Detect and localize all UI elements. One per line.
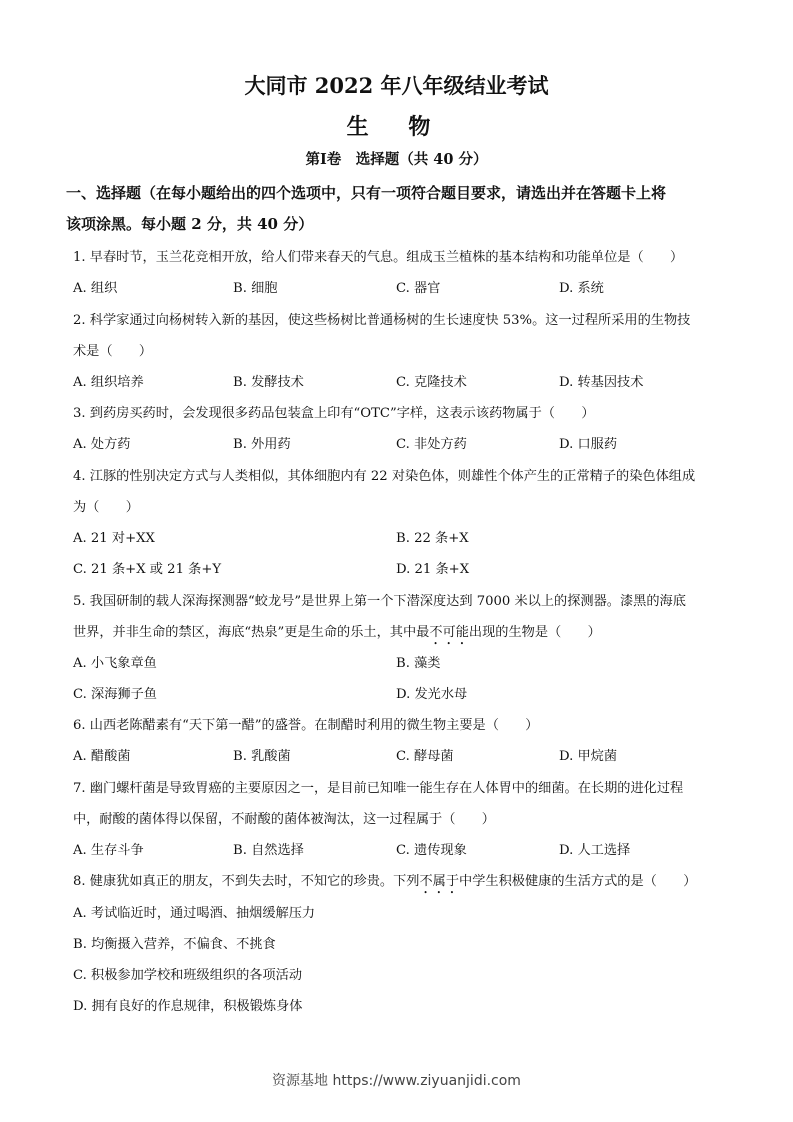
q7-option-a: A. 生存斗争	[73, 839, 144, 858]
footer-watermark: 资源基地 https://www.ziyuanjidi.com	[0, 1070, 793, 1090]
q8-option-c: C. 积极参加学校和班级组织的各项活动	[73, 964, 302, 983]
question-2-line1: 2. 科学家通过向杨树转入新的基因，使这些杨树比普通杨树的生长速度快 53%。这…	[73, 309, 690, 328]
q5-option-d: D. 发光水母	[396, 683, 467, 702]
q2-option-a: A. 组织培养	[73, 371, 144, 390]
q1-option-a: A. 组织	[73, 277, 117, 296]
q6-option-c: C. 酵母菌	[396, 745, 454, 764]
question-4-line1: 4. 江豚的性别决定方式与人类相似，其体细胞内有 22 对染色体，则雄性个体产生…	[73, 465, 695, 484]
section-instructions-line1: 一、选择题（在每小题给出的四个选项中，只有一项符合题目要求，请选出并在答题卡上将	[66, 182, 666, 203]
q1-option-d: D. 系统	[559, 277, 604, 296]
question-6: 6. 山西老陈醋素有“天下第一醋”的盛誉。在制醋时利用的微生物主要是（ ）	[73, 714, 538, 733]
q5-text-b: 出现的生物是（ ）	[469, 625, 601, 640]
exam-title: 大同市 2022 年八年级结业考试	[0, 70, 793, 100]
question-3: 3. 到药房买药时，会发现很多药品包装盒上印有“OTC”字样，这表示该药物属于（…	[73, 402, 595, 421]
question-8: 8. 健康犹如真正的朋友，不到失去时，不知它的珍贵。下列不属于中学生积极健康的生…	[73, 870, 696, 897]
question-5-line1: 5. 我国研制的载人深海探测器“蛟龙号”是世界上第一个下潜深度达到 7000 米…	[73, 590, 686, 609]
question-7-line1: 7. 幽门螺杆菌是导致胃癌的主要原因之一，是目前已知唯一能生存在人体胃中的细菌。…	[73, 777, 683, 796]
part-title: 第Ⅰ卷 选择题（共 40 分）	[0, 148, 793, 169]
q3-option-a: A. 处方药	[73, 433, 130, 452]
q7-option-b: B. 自然选择	[233, 839, 304, 858]
question-7-line2: 中，耐酸的菌体得以保留，不耐酸的菌体被淘汰，这一过程属于（ ）	[73, 808, 495, 827]
question-2-line2: 术是（ ）	[73, 340, 152, 359]
q8-text-a: 8. 健康犹如真正的朋友，不到失去时，不知它的珍贵。下列	[73, 874, 419, 889]
q3-option-c: C. 非处方药	[396, 433, 467, 452]
q2-option-b: B. 发酵技术	[233, 371, 304, 390]
q6-option-b: B. 乳酸菌	[233, 745, 291, 764]
section-instructions-line2: 该项涂黑。每小题 2 分，共 40 分）	[66, 213, 313, 234]
q7-option-d: D. 人工选择	[559, 839, 630, 858]
q2-option-d: D. 转基因技术	[559, 371, 643, 390]
q7-option-c: C. 遗传现象	[396, 839, 467, 858]
q3-option-b: B. 外用药	[233, 433, 291, 452]
q2-option-c: C. 克隆技术	[396, 371, 467, 390]
q5-option-b: B. 藻类	[396, 652, 440, 671]
q5-option-a: A. 小飞象章鱼	[73, 652, 157, 671]
q5-text-a: 世界，并非生命的禁区，海底“热泉”更是生命的乐土，其中最	[73, 625, 429, 640]
q3-option-d: D. 口服药	[559, 433, 617, 452]
q8-option-b: B. 均衡摄入营养，不偏食、不挑食	[73, 933, 276, 952]
question-4-line2: 为（ ）	[73, 496, 139, 515]
q4-option-c: C. 21 条+X 或 21 条+Y	[73, 558, 221, 577]
q8-option-a: A. 考试临近时，通过喝酒、抽烟缓解压力	[73, 902, 315, 921]
q6-option-d: D. 甲烷菌	[559, 745, 617, 764]
q8-text-b: 中学生积极健康的生活方式的是（ ）	[459, 874, 696, 889]
q8-option-d: D. 拥有良好的作息规律，积极锻炼身体	[73, 995, 303, 1014]
q1-option-c: C. 器官	[396, 277, 440, 296]
q5-option-c: C. 深海狮子鱼	[73, 683, 157, 702]
q5-emphasis: 不可能	[429, 625, 469, 640]
question-5-line2: 世界，并非生命的禁区，海底“热泉”更是生命的乐土，其中最不可能出现的生物是（ ）	[73, 621, 601, 648]
q1-option-b: B. 细胞	[233, 277, 277, 296]
q6-option-a: A. 醋酸菌	[73, 745, 130, 764]
q8-emphasis: 不属于	[419, 874, 459, 889]
question-1: 1. 早春时节，玉兰花竞相开放，给人们带来春天的气息。组成玉兰植株的基本结构和功…	[73, 246, 683, 265]
q4-option-d: D. 21 条+X	[396, 558, 469, 577]
q4-option-a: A. 21 对+XX	[73, 527, 155, 546]
subject-title: 生 物	[0, 110, 793, 141]
q4-option-b: B. 22 条+X	[396, 527, 469, 546]
